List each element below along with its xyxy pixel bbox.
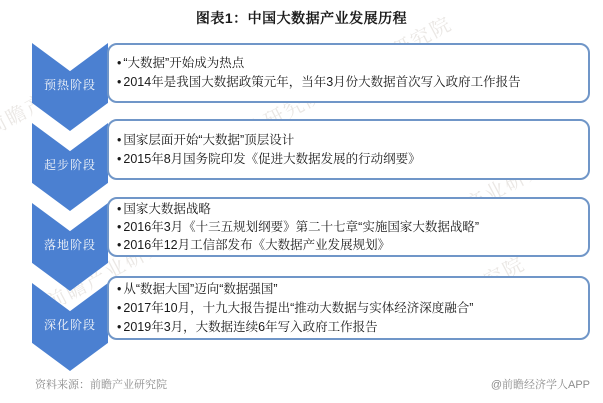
source-text: 资料来源：前瞻产业研究院 [35, 376, 167, 392]
stage-point: 2017年10月，十九大报告提出“推动大数据与实体经济深度融合” [117, 299, 578, 318]
stage-arrow-3: 落地阶段 [32, 203, 108, 291]
stage-box-2: 国家层面开始“大数据”顶层设计2015年8月国务院印发《促进大数据发展的行动纲要… [107, 119, 590, 180]
stage-label-1: 预热阶段 [32, 76, 108, 93]
stage-point: 2014年是我国大数据政策元年，当年3月份大数据首次写入政府工作报告 [117, 73, 578, 92]
stage-point: 2019年3月，大数据连续6年写入政府工作报告 [117, 318, 578, 337]
stage-box-3: 国家大数据战略2016年3月《十三五规划纲要》第二十七章“实施国家大数据战略”2… [107, 197, 590, 257]
stage-box-4: 从“数据大国”迈向“数据强国”2017年10月，十九大报告提出“推动大数据与实体… [107, 276, 590, 340]
infographic-canvas: 图表1：中国大数据产业发展历程 前瞻产业研究院前瞻产业研究院前瞻产业研究院前瞻产… [0, 0, 603, 403]
stage-point: 从“数据大国”迈向“数据强国” [117, 280, 578, 299]
stage-point: “大数据”开始成为热点 [117, 54, 578, 73]
stage-arrow-2: 起步阶段 [32, 123, 108, 211]
stage-point: 国家层面开始“大数据”顶层设计 [117, 131, 578, 150]
stage-point: 2016年12月工信部发布《大数据产业发展规划》 [117, 236, 578, 254]
stage-point: 国家大数据战略 [117, 200, 578, 218]
stage-arrow-4: 深化阶段 [32, 283, 108, 371]
stage-label-2: 起步阶段 [32, 156, 108, 173]
stage-arrow-1: 预热阶段 [32, 43, 108, 131]
stage-point: 2015年8月国务院印发《促进大数据发展的行动纲要》 [117, 150, 578, 169]
credit-text: @前瞻经济学人APP [491, 376, 590, 392]
stage-box-1: “大数据”开始成为热点2014年是我国大数据政策元年，当年3月份大数据首次写入政… [107, 43, 590, 103]
footer: 资料来源：前瞻产业研究院 @前瞻经济学人APP [35, 376, 590, 392]
stage-point: 2016年3月《十三五规划纲要》第二十七章“实施国家大数据战略” [117, 218, 578, 236]
stage-label-4: 深化阶段 [32, 316, 108, 333]
chart-title: 图表1：中国大数据产业发展历程 [0, 8, 603, 28]
stage-label-3: 落地阶段 [32, 236, 108, 253]
